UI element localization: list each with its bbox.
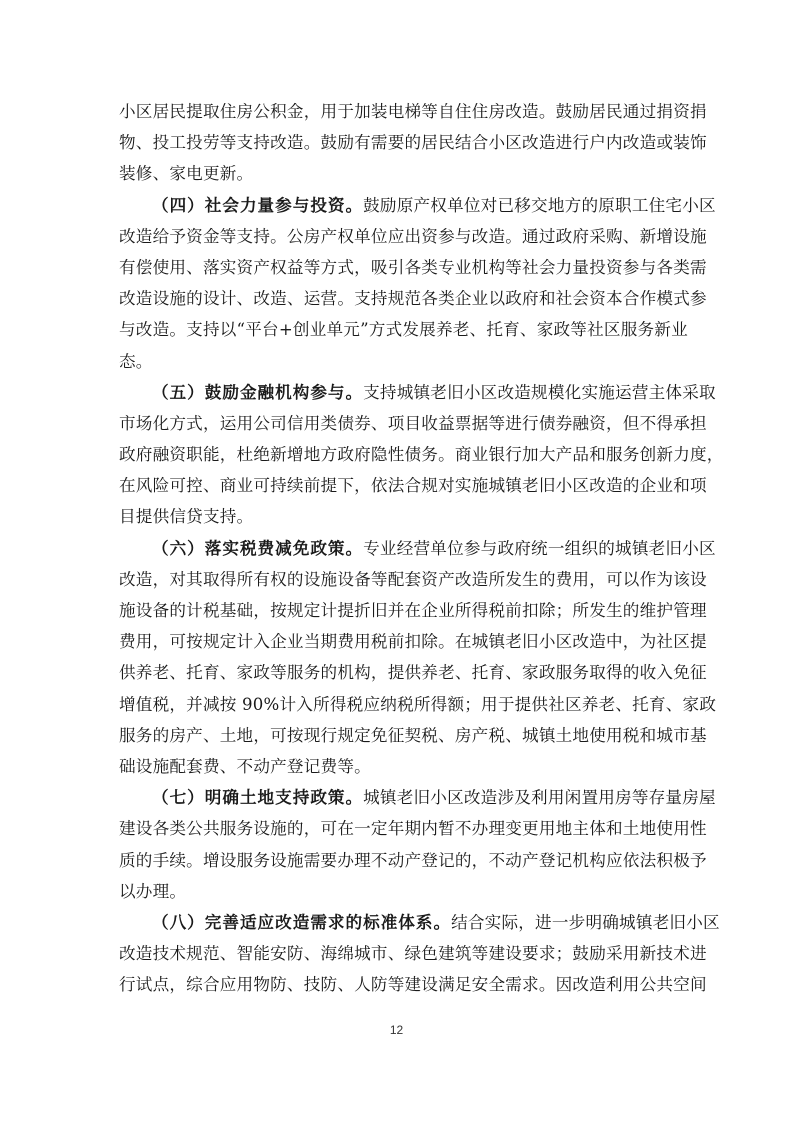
text-line: （六）落实税费减免政策。专业经营单位参与政府统一组织的城镇老旧小区 <box>119 533 675 564</box>
text-line: 建设各类公共服务设施的，可在一定年期内暂不办理变更用地主体和土地使用性 <box>119 813 675 844</box>
text-line: 市场化方式，运用公司信用类债券、项目收益票据等进行债券融资，但不得承担 <box>119 408 675 439</box>
text-line: 与改造。支持以“平台+创业单元”方式发展养老、托育、家政等社区服务新业 <box>119 314 675 345</box>
text-line: 改造，对其取得所有权的设施设备等配套资产改造所发生的费用，可以作为该设 <box>119 564 675 595</box>
text-line: 供养老、托育、家政等服务的机构，提供养老、托育、家政服务取得的收入免征 <box>119 657 675 688</box>
paragraph-5: （五）鼓励金融机构参与。支持城镇老旧小区改造规模化实施运营主体采取 市场化方式，… <box>119 377 675 533</box>
text-run: 支持城镇老旧小区改造规模化实施运营主体采取 <box>363 383 716 402</box>
paragraph-4: （四）社会力量参与投资。鼓励原产权单位对已移交地方的原职工住宅小区 改造给予资金… <box>119 190 675 377</box>
text-line: 有偿使用、落实资产权益等方式，吸引各类专业机构等社会力量投资参与各类需 <box>119 252 675 283</box>
paragraph-8: （八）完善适应改造需求的标准体系。结合实际，进一步明确城镇老旧小区 改造技术规范… <box>119 907 675 1001</box>
text-run: 结合实际，进一步明确城镇老旧小区 <box>451 913 720 932</box>
text-run: 鼓励原产权单位对已移交地方的原职工住宅小区 <box>363 196 716 215</box>
paragraph-7: （七）明确土地支持政策。城镇老旧小区改造涉及利用闲置用房等存量房屋 建设各类公共… <box>119 782 675 907</box>
text-line: 质的手续。增设服务设施需要办理不动产登记的，不动产登记机构应依法积极予 <box>119 845 675 876</box>
text-line: 小区居民提取住房公积金，用于加装电梯等自住住房改造。鼓励居民通过捐资捐 <box>119 96 675 127</box>
paragraph-continued: 小区居民提取住房公积金，用于加装电梯等自住住房改造。鼓励居民通过捐资捐 物、投工… <box>119 96 675 190</box>
text-line: 态。 <box>119 346 675 377</box>
paragraph-6: （六）落实税费减免政策。专业经营单位参与政府统一组织的城镇老旧小区 改造，对其取… <box>119 533 675 783</box>
section-heading: （七）明确土地支持政策。 <box>152 787 363 807</box>
text-line: 改造给予资金等支持。公房产权单位应出资参与改造。通过政府采购、新增设施 <box>119 221 675 252</box>
text-line: 在风险可控、商业可持续前提下，依法合规对实施城镇老旧小区改造的企业和项 <box>119 470 675 501</box>
section-heading: （六）落实税费减免政策。 <box>152 538 363 558</box>
section-heading: （四）社会力量参与投资。 <box>152 195 363 215</box>
text-line: 政府融资职能，杜绝新增地方政府隐性债务。商业银行加大产品和服务创新力度， <box>119 439 675 470</box>
text-line: 物、投工投劳等支持改造。鼓励有需要的居民结合小区改造进行户内改造或装饰 <box>119 127 675 158</box>
text-line: 目提供信贷支持。 <box>119 501 675 532</box>
text-line: （五）鼓励金融机构参与。支持城镇老旧小区改造规模化实施运营主体采取 <box>119 377 675 408</box>
text-run: 城镇老旧小区改造涉及利用闲置用房等存量房屋 <box>363 788 716 807</box>
text-line: 服务的房产、土地，可按现行规定免征契税、房产税、城镇土地使用税和城市基 <box>119 720 675 751</box>
text-line: 费用，可按规定计入企业当期费用税前扣除。在城镇老旧小区改造中，为社区提 <box>119 626 675 657</box>
text-line: 施设备的计税基础，按规定计提折旧并在企业所得税前扣除；所发生的维护管理 <box>119 595 675 626</box>
text-line: （四）社会力量参与投资。鼓励原产权单位对已移交地方的原职工住宅小区 <box>119 190 675 221</box>
section-heading: （八）完善适应改造需求的标准体系。 <box>152 912 451 932</box>
text-line: 础设施配套费、不动产登记费等。 <box>119 751 675 782</box>
text-line: 增值税，并减按 90%计入所得税应纳税所得额；用于提供社区养老、托育、家政 <box>119 689 675 720</box>
text-line: （八）完善适应改造需求的标准体系。结合实际，进一步明确城镇老旧小区 <box>119 907 675 938</box>
page-number: 12 <box>0 1023 793 1037</box>
text-line: 行试点，综合应用物防、技防、人防等建设满足安全需求。因改造利用公共空间 <box>119 969 675 1000</box>
text-line: 以办理。 <box>119 876 675 907</box>
text-line: 装修、家电更新。 <box>119 158 675 189</box>
text-line: 改造设施的设计、改造、运营。支持规范各类企业以政府和社会资本合作模式参 <box>119 283 675 314</box>
text-line: 改造技术规范、智能安防、海绵城市、绿色建筑等建设要求；鼓励采用新技术进 <box>119 938 675 969</box>
text-run: 专业经营单位参与政府统一组织的城镇老旧小区 <box>363 539 716 558</box>
body-text: 小区居民提取住房公积金，用于加装电梯等自住住房改造。鼓励居民通过捐资捐 物、投工… <box>119 96 675 1000</box>
document-page: 小区居民提取住房公积金，用于加装电梯等自住住房改造。鼓励居民通过捐资捐 物、投工… <box>0 0 793 1122</box>
text-line: （七）明确土地支持政策。城镇老旧小区改造涉及利用闲置用房等存量房屋 <box>119 782 675 813</box>
section-heading: （五）鼓励金融机构参与。 <box>152 382 363 402</box>
